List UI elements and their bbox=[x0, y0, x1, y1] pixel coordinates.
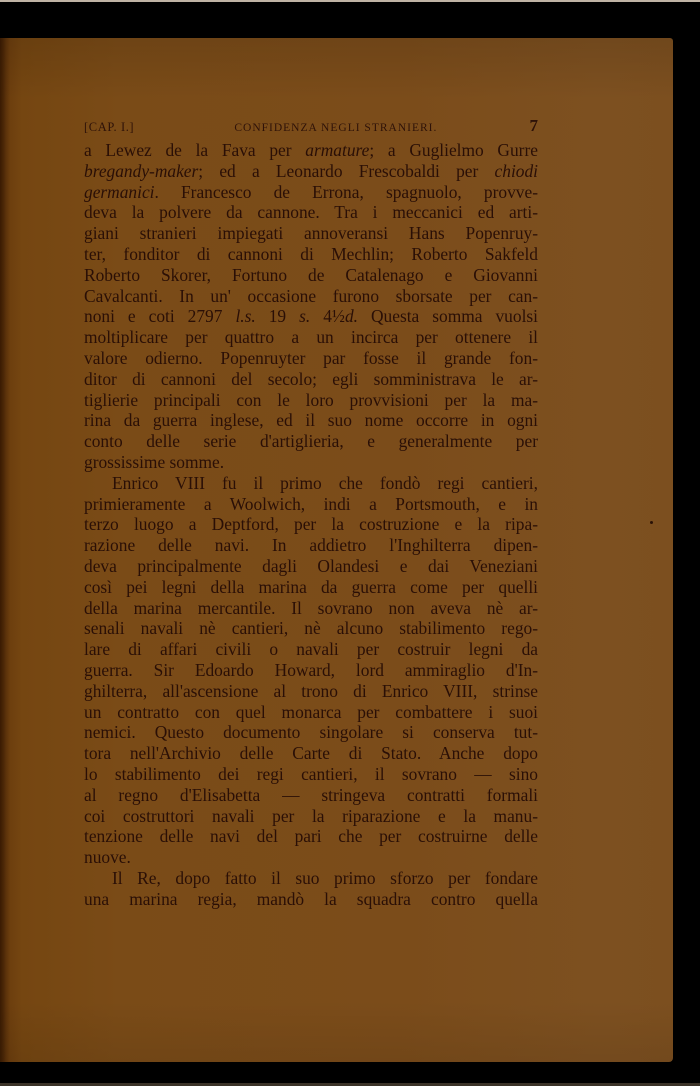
text-line: razione delle navi. In addietro l'Inghil… bbox=[84, 535, 538, 556]
text-run: ter, fonditor di cannoni di Mechlin; Rob… bbox=[84, 244, 538, 264]
italic-term: armature bbox=[305, 140, 369, 160]
text-line: ditor di cannoni del secolo; egli sommin… bbox=[84, 369, 538, 390]
text-run: . Francesco de Errona, spagnuolo, provve… bbox=[155, 182, 538, 202]
text-line: nemici. Questo documento singolare si co… bbox=[84, 722, 538, 743]
text-line: noni e coti 2797 l.s. 19 s. 4½d. Questa … bbox=[84, 306, 538, 327]
text-run: Il Re, dopo fatto il suo primo sforzo pe… bbox=[112, 868, 538, 888]
text-line: una marina regia, mandò la squadra contr… bbox=[84, 889, 538, 910]
text-line: ter, fonditor di cannoni di Mechlin; Rob… bbox=[84, 244, 538, 265]
text-line: Cavalcanti. In un' occasione furono sbor… bbox=[84, 286, 538, 307]
text-line: tenzione delle navi del pari che per cos… bbox=[84, 826, 538, 847]
text-run: a Lewez de la Fava per bbox=[84, 140, 305, 160]
text-run: razione delle navi. In addietro l'Inghil… bbox=[84, 535, 538, 555]
italic-term: d. bbox=[345, 306, 358, 326]
text-line: deva principalmente dagli Olandesi e dai… bbox=[84, 556, 538, 577]
text-run: nuove. bbox=[84, 847, 131, 867]
text-run: ; a Guglielmo Gurre bbox=[369, 140, 538, 160]
text-run: al regno d'Elisabetta — stringeva contra… bbox=[84, 785, 538, 805]
text-line: senali navali nè cantieri, nè alcuno sta… bbox=[84, 618, 538, 639]
text-run: nemici. Questo documento singolare si co… bbox=[84, 722, 538, 742]
text-line: a Lewez de la Fava per armature; a Gugli… bbox=[84, 140, 538, 161]
text-line: rina da guerra inglese, ed il suo nome o… bbox=[84, 410, 538, 431]
text-run: 4½ bbox=[310, 306, 345, 326]
text-line: un contratto con quel monarca per combat… bbox=[84, 702, 538, 723]
page-number: 7 bbox=[530, 116, 539, 136]
text-run: Enrico VIII fu il primo che fondò regi c… bbox=[112, 473, 538, 493]
text-run: deva principalmente dagli Olandesi e dai… bbox=[84, 556, 538, 576]
text-line: Il Re, dopo fatto il suo primo sforzo pe… bbox=[84, 868, 538, 889]
text-line: lare di affari civili o navali per costr… bbox=[84, 639, 538, 660]
text-run: lare di affari civili o navali per costr… bbox=[84, 639, 538, 659]
text-line: tiglierie principali con le loro provvis… bbox=[84, 390, 538, 411]
book-page: [CAP. I.] CONFIDENZA NEGLI STRANIERI. 7 … bbox=[0, 38, 673, 1062]
text-line: ghilterra, all'ascensione al trono di En… bbox=[84, 681, 538, 702]
text-run: così pei legni della marina da guerra co… bbox=[84, 577, 538, 597]
text-run: ; ed a Leonardo Frescobaldi per bbox=[198, 161, 494, 181]
scan-top-edge bbox=[0, 0, 700, 2]
text-run: coi costruttori navali per la riparazion… bbox=[84, 806, 538, 826]
text-run: primieramente a Woolwich, indi a Portsmo… bbox=[84, 494, 538, 514]
running-head: [CAP. I.] CONFIDENZA NEGLI STRANIERI. 7 bbox=[84, 116, 538, 140]
italic-term: germanici bbox=[84, 182, 155, 202]
text-line: così pei legni della marina da guerra co… bbox=[84, 577, 538, 598]
paper-speck bbox=[650, 521, 653, 524]
text-run: noni e coti 2797 bbox=[84, 306, 235, 326]
text-run: guerra. Sir Edoardo Howard, lord ammirag… bbox=[84, 660, 538, 680]
text-line: della marina mercantile. Il sovrano non … bbox=[84, 598, 538, 619]
text-run: un contratto con quel monarca per combat… bbox=[84, 702, 538, 722]
body-text: a Lewez de la Fava per armature; a Gugli… bbox=[84, 140, 538, 909]
text-run: tora nell'Archivio delle Carte di Stato.… bbox=[84, 743, 538, 763]
text-line: primieramente a Woolwich, indi a Portsmo… bbox=[84, 494, 538, 515]
text-run: Roberto Skorer, Fortuno de Catalenago e … bbox=[84, 265, 538, 285]
text-run: Cavalcanti. In un' occasione furono sbor… bbox=[84, 286, 538, 306]
text-line: Enrico VIII fu il primo che fondò regi c… bbox=[84, 473, 538, 494]
text-run: deva la polvere da cannone. Tra i meccan… bbox=[84, 202, 538, 222]
text-run: della marina mercantile. Il sovrano non … bbox=[84, 598, 538, 618]
text-line: terzo luogo a Deptford, per la costruzio… bbox=[84, 514, 538, 535]
text-run: ghilterra, all'ascensione al trono di En… bbox=[84, 681, 538, 701]
italic-term: chiodi bbox=[495, 161, 538, 181]
text-line: tora nell'Archivio delle Carte di Stato.… bbox=[84, 743, 538, 764]
text-run: senali navali nè cantieri, nè alcuno sta… bbox=[84, 618, 538, 638]
text-line: germanici. Francesco de Errona, spagnuol… bbox=[84, 182, 538, 203]
text-run: rina da guerra inglese, ed il suo nome o… bbox=[84, 410, 538, 430]
text-line: valore odierno. Popenruyter par fosse il… bbox=[84, 348, 538, 369]
text-line: conto delle serie d'artiglieria, e gener… bbox=[84, 431, 538, 452]
text-line: lo stabilimento dei regi cantieri, il so… bbox=[84, 764, 538, 785]
text-line: guerra. Sir Edoardo Howard, lord ammirag… bbox=[84, 660, 538, 681]
text-run: una marina regia, mandò la squadra contr… bbox=[84, 889, 538, 909]
text-run: tenzione delle navi del pari che per cos… bbox=[84, 826, 538, 846]
text-run: terzo luogo a Deptford, per la costruzio… bbox=[84, 514, 538, 534]
text-line: giani stranieri impiegati annoveransi Ha… bbox=[84, 223, 538, 244]
text-run: moltiplicare per quattro a un incirca pe… bbox=[84, 327, 538, 347]
text-run: giani stranieri impiegati annoveransi Ha… bbox=[84, 223, 538, 243]
text-run: lo stabilimento dei regi cantieri, il so… bbox=[84, 764, 538, 784]
italic-term: l.s. bbox=[235, 306, 255, 326]
text-line: deva la polvere da cannone. Tra i meccan… bbox=[84, 202, 538, 223]
text-line: moltiplicare per quattro a un incirca pe… bbox=[84, 327, 538, 348]
text-line: Roberto Skorer, Fortuno de Catalenago e … bbox=[84, 265, 538, 286]
text-run: grossissime somme. bbox=[84, 452, 224, 472]
italic-term: s. bbox=[299, 306, 310, 326]
running-title: CONFIDENZA NEGLI STRANIERI. bbox=[234, 122, 437, 134]
binding-shadow bbox=[0, 38, 10, 1062]
text-line: coi costruttori navali per la riparazion… bbox=[84, 806, 538, 827]
text-run: ditor di cannoni del secolo; egli sommin… bbox=[84, 369, 538, 389]
text-line: al regno d'Elisabetta — stringeva contra… bbox=[84, 785, 538, 806]
text-line: bregandy-maker; ed a Leonardo Frescobald… bbox=[84, 161, 538, 182]
text-line: nuove. bbox=[84, 847, 538, 868]
text-run: valore odierno. Popenruyter par fosse il… bbox=[84, 348, 538, 368]
italic-term: bregandy-maker bbox=[84, 161, 198, 181]
text-run: tiglierie principali con le loro provvis… bbox=[84, 390, 538, 410]
text-run: Questa somma vuolsi bbox=[358, 306, 538, 326]
text-line: grossissime somme. bbox=[84, 452, 538, 473]
page-text-block: [CAP. I.] CONFIDENZA NEGLI STRANIERI. 7 … bbox=[84, 116, 538, 909]
chapter-label: [CAP. I.] bbox=[84, 120, 134, 135]
text-run: conto delle serie d'artiglieria, e gener… bbox=[84, 431, 538, 451]
text-run: 19 bbox=[256, 306, 299, 326]
